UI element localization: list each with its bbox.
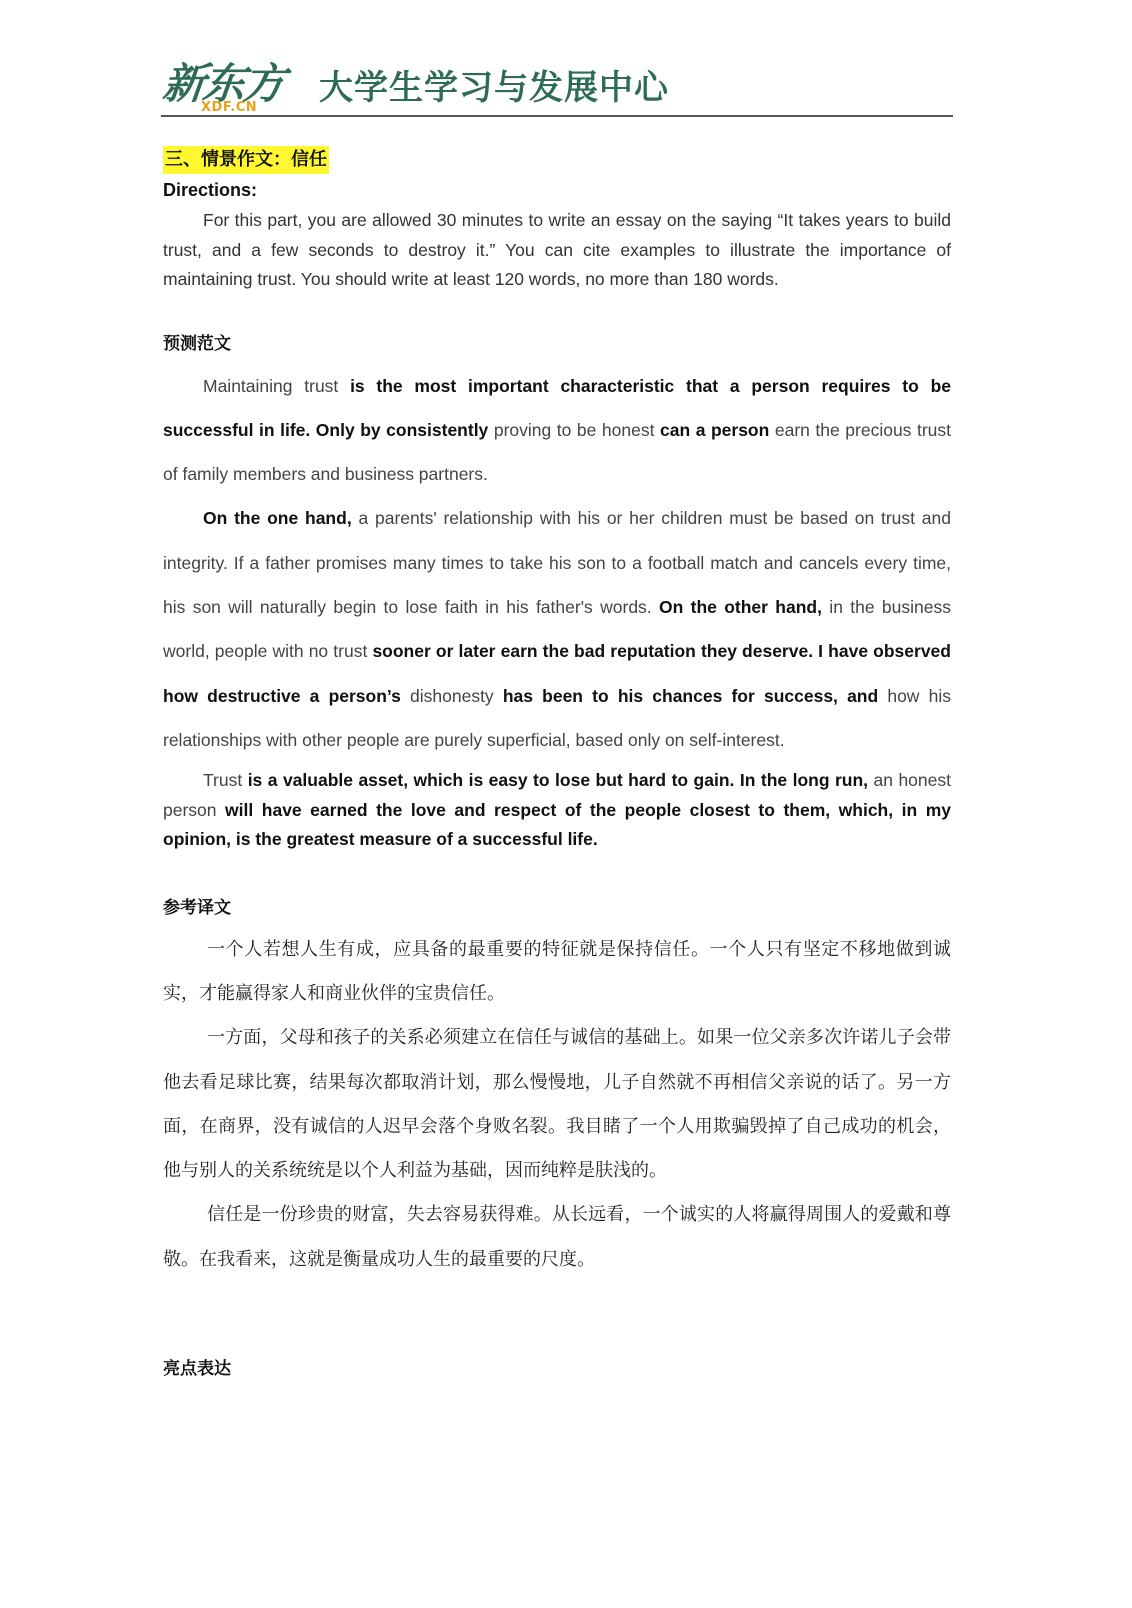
bold-phrase: has been to his chances for success, and — [503, 686, 878, 706]
translation-paragraph-2: 一方面，父母和孩子的关系必须建立在信任与诚信的基础上。如果一位父亲多次许诺儿子会… — [163, 1016, 951, 1193]
essay-paragraph-3: Trust is a valuable asset, which is easy… — [163, 766, 951, 855]
header-title: 大学生学习与发展中心 — [319, 68, 669, 108]
bold-phrase: On the one hand, — [203, 508, 352, 528]
plain-phrase: Trust — [203, 770, 248, 790]
sample-essay: Maintaining trust is the most important … — [163, 364, 951, 855]
essay-paragraph-1: Maintaining trust is the most important … — [163, 364, 951, 497]
bold-phrase: is a valuable asset, which is easy to lo… — [248, 770, 868, 790]
essay-paragraph-2: On the one hand, a parents' relationship… — [163, 496, 951, 762]
directions-text: For this part, you are allowed 30 minute… — [163, 206, 951, 295]
header-divider — [161, 115, 953, 117]
page-header: 新东方 XDF.CN 大学生学习与发展中心 — [163, 62, 953, 120]
document-body: 三、情景作文：信任 Directions: For this part, you… — [163, 146, 951, 1379]
bold-phrase: will have earned the love and respect of… — [163, 800, 951, 850]
plain-phrase: proving to be honest — [488, 420, 660, 440]
directions-label: Directions: — [163, 178, 951, 202]
translation-paragraph-3: 信任是一份珍贵的财富，失去容易获得难。从长远看，一个诚实的人将赢得周围人的爱戴和… — [163, 1193, 951, 1282]
section-title: 三、情景作文：信任 — [163, 146, 329, 174]
plain-phrase: dishonesty — [401, 686, 503, 706]
plain-phrase: Maintaining trust — [203, 376, 350, 396]
translation: 一个人若想人生有成，应具备的最重要的特征就是保持信任。一个人只有坚定不移地做到诚… — [163, 928, 951, 1282]
xdf-logo: 新东方 XDF.CN — [163, 62, 297, 118]
bold-phrase: can a person — [660, 420, 769, 440]
translation-paragraph-1: 一个人若想人生有成，应具备的最重要的特征就是保持信任。一个人只有坚定不移地做到诚… — [163, 928, 951, 1017]
logo-english-text: XDF.CN — [201, 100, 257, 115]
highlights-heading: 亮点表达 — [163, 1354, 951, 1379]
translation-heading: 参考译文 — [163, 893, 951, 918]
bold-phrase: On the other hand, — [659, 597, 822, 617]
sample-essay-heading: 预测范文 — [163, 329, 951, 354]
